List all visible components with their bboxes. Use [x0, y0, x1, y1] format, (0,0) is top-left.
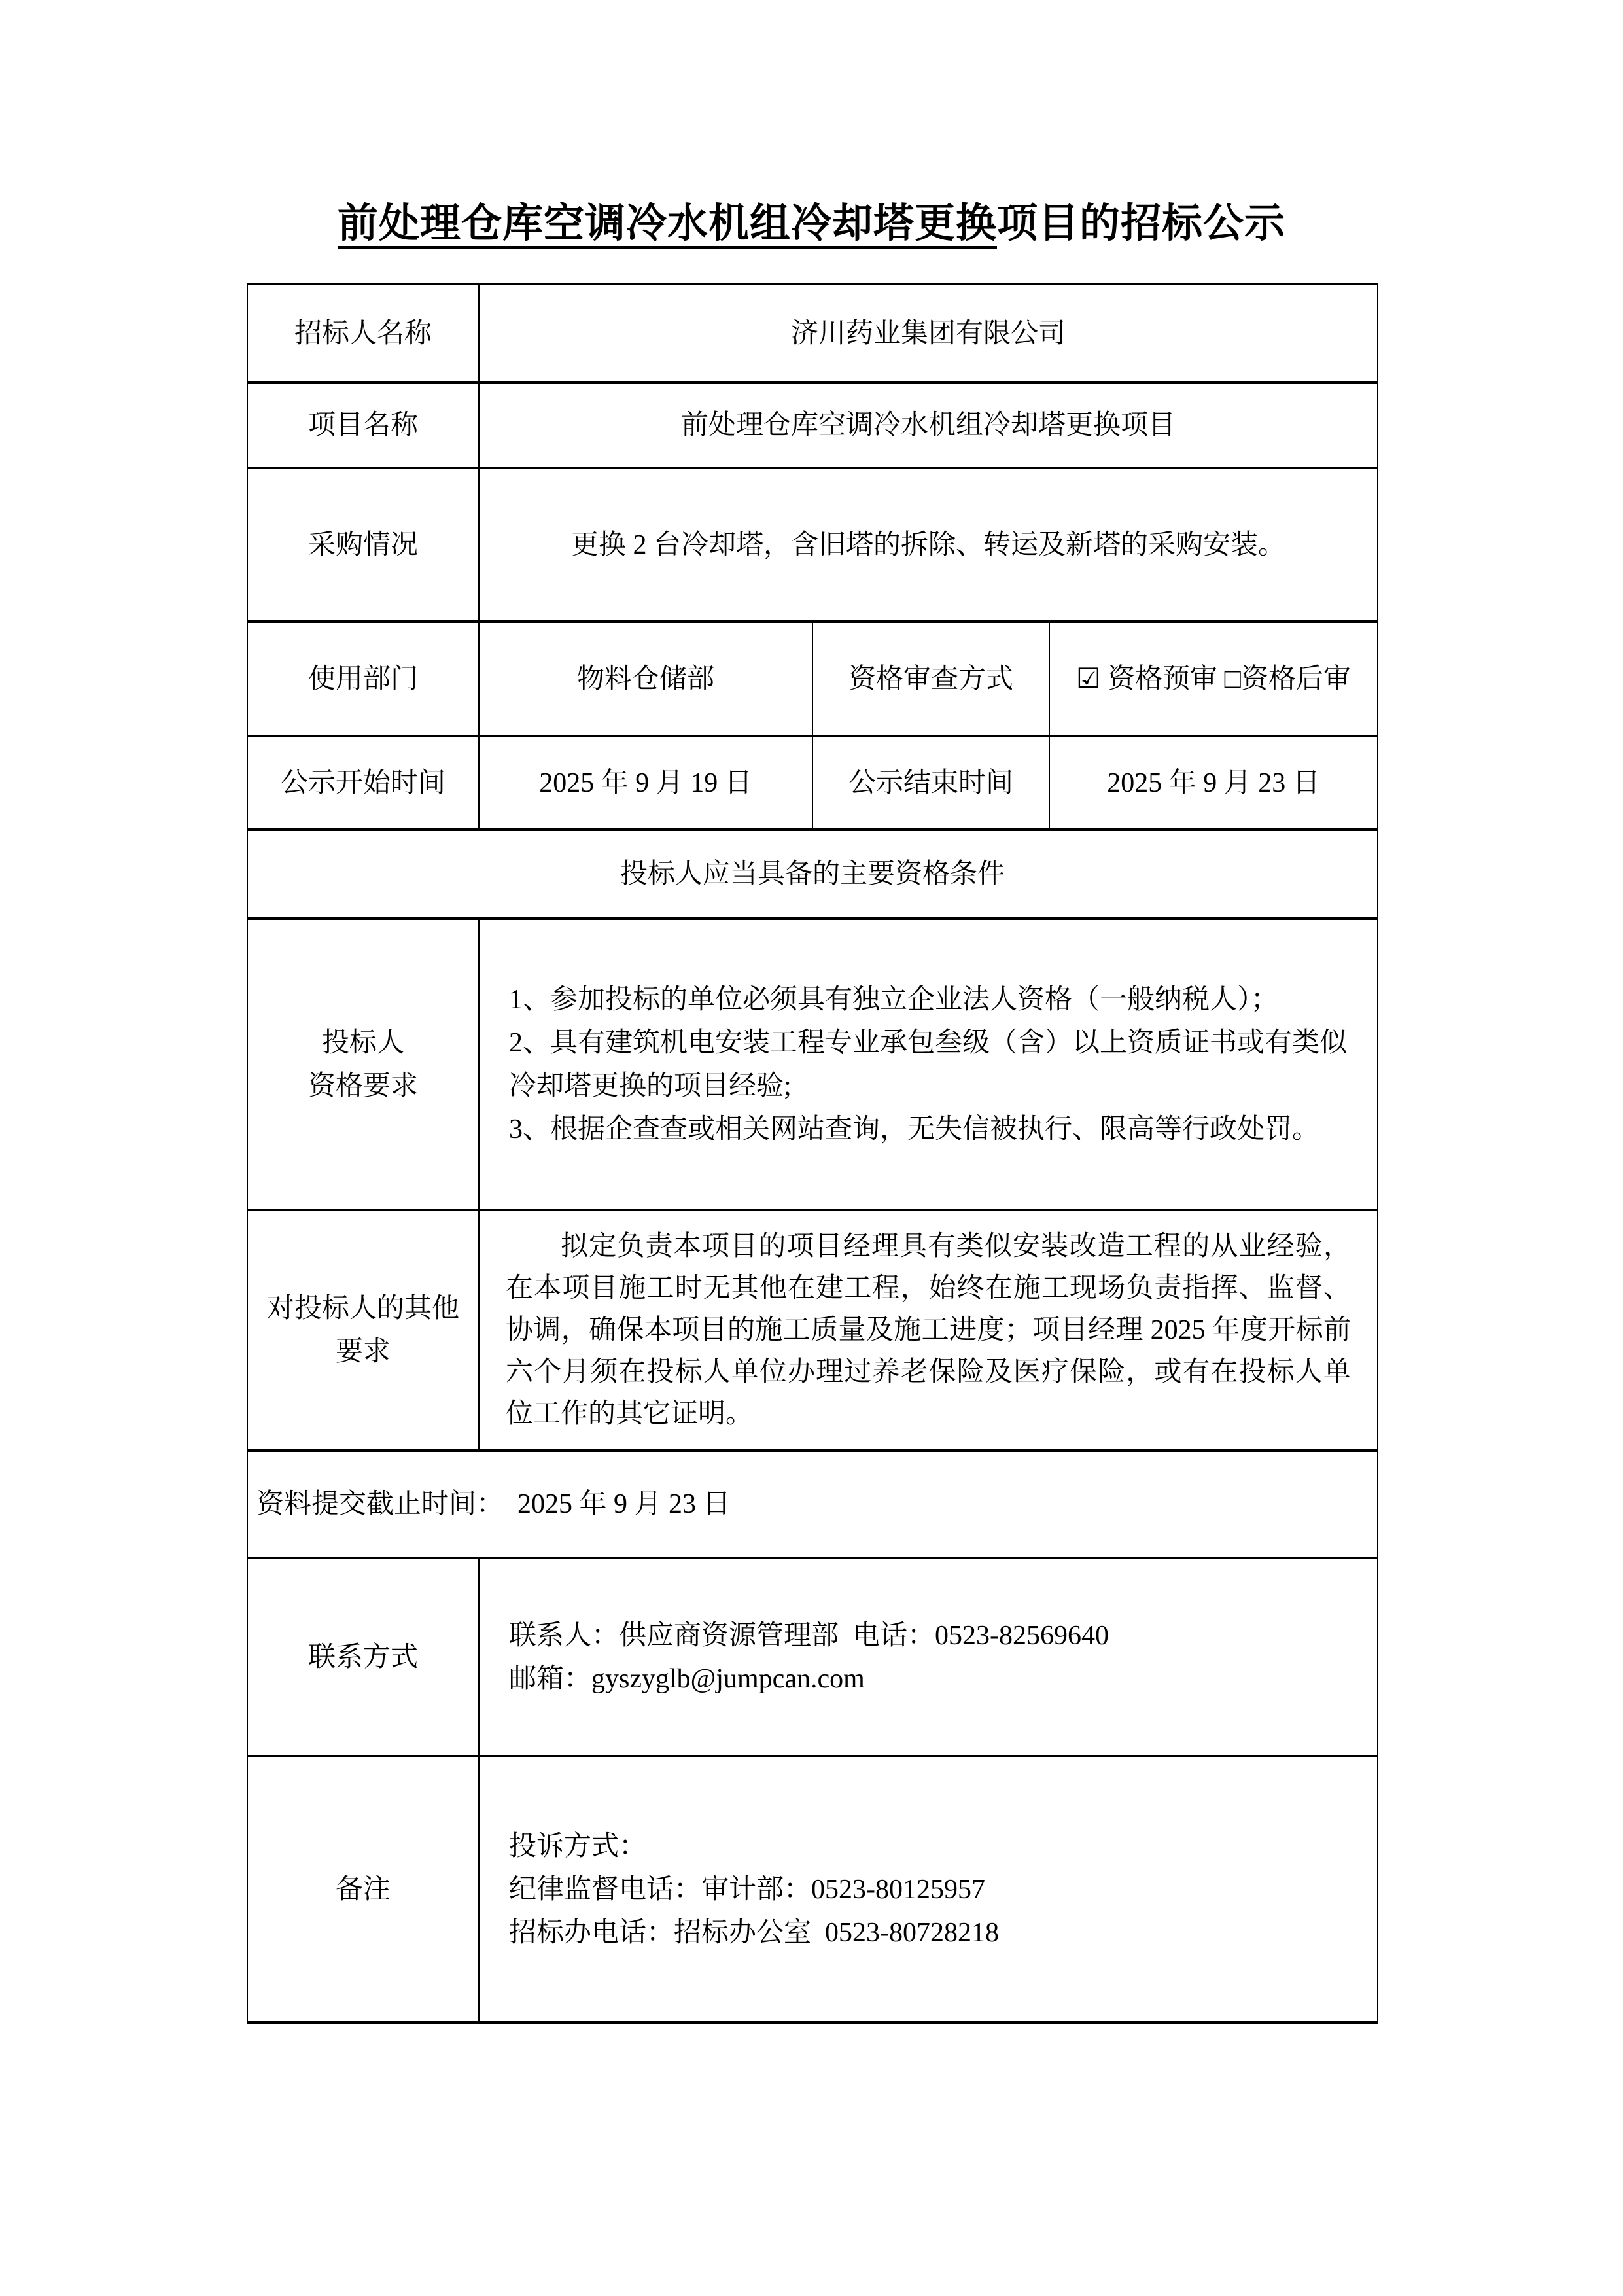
- procurement-label: 采购情况: [247, 468, 479, 622]
- bidder-qualifications-value: 1、参加投标的单位必须具有独立企业法人资格（一般纳税人）； 2、具有建筑机电安装…: [479, 919, 1378, 1210]
- publicity-start-label: 公示开始时间: [247, 736, 479, 830]
- row-contact: 联系方式 联系人：供应商资源管理部 电话：0523-82569640 邮箱：gy…: [247, 1558, 1378, 1756]
- row-procurement: 采购情况 更换 2 台冷却塔，含旧塔的拆除、转运及新塔的采购安装。: [247, 468, 1378, 622]
- document-page: 前处理仓库空调冷水机组冷却塔更换项目的招标公示 招标人名称 济川药业集团有限公司…: [0, 0, 1623, 2296]
- remarks-value: 投诉方式： 纪律监督电话：审计部：0523-80125957 招标办电话：招标办…: [479, 1756, 1378, 2022]
- row-project-name: 项目名称 前处理仓库空调冷水机组冷却塔更换项目: [247, 383, 1378, 468]
- other-requirements-value: 拟定负责本项目的项目经理具有类似安装改造工程的从业经验，在本项目施工时无其他在建…: [479, 1210, 1378, 1451]
- row-publicity-dates: 公示开始时间 2025 年 9 月 19 日 公示结束时间 2025 年 9 月…: [247, 736, 1378, 830]
- bidder-qualifications-label: 投标人 资格要求: [247, 919, 479, 1210]
- bid-announcement-table: 招标人名称 济川药业集团有限公司 项目名称 前处理仓库空调冷水机组冷却塔更换项目…: [247, 283, 1378, 2024]
- qualification-review-label: 资格审查方式: [812, 622, 1049, 736]
- publicity-start-value: 2025 年 9 月 19 日: [479, 736, 812, 830]
- department-label: 使用部门: [247, 622, 479, 736]
- contact-label: 联系方式: [247, 1558, 479, 1756]
- publicity-end-value: 2025 年 9 月 23 日: [1049, 736, 1378, 830]
- bidder-name-label: 招标人名称: [247, 284, 479, 383]
- row-bidder-name: 招标人名称 济川药业集团有限公司: [247, 284, 1378, 383]
- title-underlined-text: 前处理仓库空调冷水机组冷却塔更换: [338, 202, 997, 246]
- publicity-end-label: 公示结束时间: [812, 736, 1049, 830]
- submission-deadline-text: 资料提交截止时间： 2025 年 9 月 23 日: [247, 1451, 1378, 1558]
- title-plain-text: 项目的招标公示: [997, 202, 1285, 246]
- row-department: 使用部门 物料仓储部 资格审查方式 ☑ 资格预审 □资格后审: [247, 622, 1378, 736]
- bidder-name-value: 济川药业集团有限公司: [479, 284, 1378, 383]
- qualification-review-value: ☑ 资格预审 □资格后审: [1049, 622, 1378, 736]
- page-title: 前处理仓库空调冷水机组冷却塔更换项目的招标公示: [0, 196, 1623, 251]
- row-submission-deadline: 资料提交截止时间： 2025 年 9 月 23 日: [247, 1451, 1378, 1558]
- project-name-label: 项目名称: [247, 383, 479, 468]
- remarks-label: 备注: [247, 1756, 479, 2022]
- contact-value: 联系人：供应商资源管理部 电话：0523-82569640 邮箱：gyszygl…: [479, 1558, 1378, 1756]
- row-qualification-header: 投标人应当具备的主要资格条件: [247, 830, 1378, 919]
- procurement-value: 更换 2 台冷却塔，含旧塔的拆除、转运及新塔的采购安装。: [479, 468, 1378, 622]
- qualification-header: 投标人应当具备的主要资格条件: [247, 830, 1378, 919]
- other-requirements-label: 对投标人的其他 要求: [247, 1210, 479, 1451]
- row-other-requirements: 对投标人的其他 要求 拟定负责本项目的项目经理具有类似安装改造工程的从业经验，在…: [247, 1210, 1378, 1451]
- department-value: 物料仓储部: [479, 622, 812, 736]
- row-remarks: 备注 投诉方式： 纪律监督电话：审计部：0523-80125957 招标办电话：…: [247, 1756, 1378, 2022]
- row-bidder-qualifications: 投标人 资格要求 1、参加投标的单位必须具有独立企业法人资格（一般纳税人）； 2…: [247, 919, 1378, 1210]
- project-name-value: 前处理仓库空调冷水机组冷却塔更换项目: [479, 383, 1378, 468]
